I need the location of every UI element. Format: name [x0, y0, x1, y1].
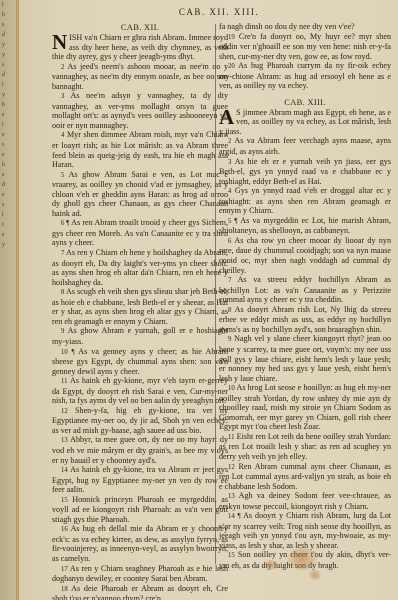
- prev-page-fragment: y: [0, 50, 16, 60]
- verse: 7 As va streeu eddyr bochillyn Abram as …: [219, 275, 391, 305]
- verse: 10 As hrog Lot seose e hooillyn: as hug …: [219, 383, 391, 432]
- verse: 13 Abbyr, ta mee guee ort, dy nee oo my …: [52, 435, 228, 465]
- verse-number: 14 ¶: [228, 513, 241, 520]
- verse-number: 9: [228, 336, 231, 343]
- verse-number: 9: [61, 328, 64, 335]
- verse-text: As va Abram feer verchagh ayns maase, ay…: [219, 136, 391, 156]
- verse: 15 Honnick princeyn Pharoah ee myrgeddin…: [52, 495, 228, 525]
- verse-text: As ren y Chiarn eh hene y hoilshaghey da…: [52, 248, 228, 287]
- prev-page-fragment: s: [0, 60, 16, 70]
- verse-text: Abbyr, ta mee guee ort, dy nee oo my hay…: [52, 435, 228, 464]
- verse: 18 As deie Pharoah er Abram as dooyrt eh…: [52, 584, 228, 600]
- prev-page-fragment: s: [0, 140, 16, 150]
- verse-text: Cre'n fa dooyrt oo, My huyr ee? myr shen…: [219, 32, 391, 61]
- prev-page-fragment: s: [0, 20, 16, 30]
- verse: 8 As dooyrt Abram rish Lot, Ny lhig da s…: [219, 305, 391, 335]
- verse-text: As hug Pharoah currym da ny fir-oik eche…: [219, 61, 391, 90]
- right-verses-xii: 19 Cre'n fa dooyrt oo, My huyr ee? myr s…: [219, 32, 391, 91]
- verse: 9 Nagh vel y slane cheer kiongoyrt rhyt?…: [219, 334, 391, 383]
- verse-text: As dooyrt Abram rish Lot, Ny lhig da str…: [219, 305, 391, 334]
- verse-text: As va myrgeddin ec Lot, hie marish Abram…: [219, 216, 391, 236]
- verse: 20 As hug Pharoah currym da ny fir-oik e…: [219, 61, 391, 91]
- verse-text: Gys yn ynnyd raad v'eh er droggal altar …: [219, 186, 391, 215]
- verse: 17 As ren y Chiarn seaghney Pharoah as e…: [52, 564, 228, 584]
- prev-page-fragment: h: [0, 160, 16, 170]
- prev-page-fragment: d: [0, 180, 16, 190]
- verse-text: As deie Pharoah er Abram as dooyrt eh, C…: [52, 584, 228, 600]
- verse-text: As dooyrt y Chiarn rish Abram, lurg da L…: [219, 511, 391, 550]
- verse-number: 5 ¶: [228, 218, 237, 225]
- verse-number: 8: [61, 289, 64, 296]
- verse-number: 2: [228, 138, 231, 145]
- verse-number: 11: [61, 378, 68, 385]
- verse: 11 As haink eh gy-kione, myr v'eh tayrn …: [52, 376, 228, 406]
- verse-number: 10: [228, 385, 235, 392]
- verse-text: As ren y Chiarn seaghney Pharoah as e hi…: [52, 564, 228, 584]
- verse: 6 As cha row yn cheer mooar dy liooar dy…: [219, 236, 391, 275]
- prev-page-fragment: t: [0, 120, 16, 130]
- verse-text: As ren Abram troailt trooid y cheer gys …: [52, 218, 228, 247]
- running-head: CAB. XII. XIII.: [159, 7, 279, 17]
- drop-cap: A: [219, 109, 234, 126]
- verse: 14 As haink eh gy-kione, tra va Abram er…: [52, 465, 228, 495]
- prev-page-fragment: y: [0, 90, 16, 100]
- verse-text: As ghow Abram Sarai e ven, as Lot mac e …: [52, 170, 228, 218]
- verse: AS jimmee Abram magh ass Egypt, eh hene,…: [219, 108, 391, 137]
- verse-text: As va streeu eddyr bochillyn Abram as bo…: [219, 275, 391, 304]
- verse-number: 6: [228, 238, 231, 245]
- left-column: CAB. XII. NISH va'n Chiarn er ghra rish …: [52, 22, 228, 600]
- verse: 12 Ren Abram cummal ayns cheer Chanaan, …: [219, 462, 391, 492]
- verse-number: 6 ¶: [61, 220, 69, 227]
- verse: NISH va'n Chiarn er ghra rish Abram. Imm…: [52, 33, 228, 62]
- prev-page-fragment: l: [0, 0, 16, 10]
- book-page: CAB. XII. XIII. CAB. XII. NISH va'n Chia…: [19, 0, 398, 600]
- verse: 19 Cre'n fa dooyrt oo, My huyr ee? myr s…: [219, 32, 391, 62]
- verse-number: 8: [228, 307, 231, 314]
- foxing-stain: [287, 548, 317, 570]
- prev-page-fragment: d: [0, 30, 16, 40]
- verse-number: 5: [61, 172, 64, 179]
- verse-number: 7: [228, 277, 231, 284]
- verse: 4 Myr shen dimmee Abram roish, myr va'n …: [52, 130, 228, 169]
- prev-page-fragment: e: [0, 150, 16, 160]
- verse: 10 ¶ As va genney ayns y cheer; as hie A…: [52, 347, 228, 377]
- verse-number: 10 ¶: [61, 349, 75, 356]
- verse-number: 4: [61, 132, 64, 139]
- prev-page-fragment: s: [0, 170, 16, 180]
- verse-number: 16: [61, 526, 68, 533]
- verse-text: Shen-y-fa, hig eh gy-kione, tra ver ny E…: [52, 406, 228, 435]
- verse-text: Myr shen dimmee Abram roish, myr va'n Ch…: [52, 130, 228, 169]
- verse-text: Agh va deiney Sodom feer vee-chrauee, as…: [219, 491, 391, 511]
- verse-text: Nagh vel y slane cheer kiongoyrt rhyt? j…: [219, 334, 391, 382]
- prev-page-fragment: h: [0, 10, 16, 20]
- verse-text: Eisht ren Lot reih da hene ooilley strah…: [219, 432, 391, 461]
- verse: 6 ¶ As ren Abram troailt trooid y cheer …: [52, 218, 228, 248]
- verse: 8 As scugh eh veih shen gys slieau shar …: [52, 287, 228, 326]
- verse: 7 As ren y Chiarn eh hene y hoilshaghey …: [52, 248, 228, 287]
- chapter-heading-xii: CAB. XII.: [52, 22, 228, 32]
- verse: 4 Gys yn ynnyd raad v'eh er droggal alta…: [219, 186, 391, 216]
- verse: 16 As hug eh dellal mie da Abram er y ch…: [52, 524, 228, 563]
- chapter-heading-xiii: CAB. XIII.: [219, 97, 391, 107]
- verse-text: As hug eh dellal mie da Abram er y choon…: [52, 524, 228, 563]
- verse-text: ISH va'n Chiarn er ghra rish Abram. Imme…: [52, 33, 228, 61]
- verse-number: 15: [228, 552, 235, 559]
- right-column: fa nagh dinsh oo dou dy nee dty ven v'ee…: [219, 22, 391, 571]
- verse: 2 As va Abram feer verchagh ayns maase, …: [219, 136, 391, 156]
- verse-text: As nee'm adsyn y vannaghey, ta dy dty va…: [52, 91, 228, 130]
- prev-page-fragment: b: [0, 100, 16, 110]
- right-verses-xiii: AS jimmee Abram magh ass Egypt, eh hene,…: [219, 108, 391, 571]
- verse-number: 3: [61, 93, 64, 100]
- verse-text: As hrog Lot seose e hooillyn: as hug eh …: [219, 383, 391, 431]
- prev-page-fragment: s: [0, 110, 16, 120]
- verse: 5 ¶ As va myrgeddin ec Lot, hie marish A…: [219, 216, 391, 236]
- prev-page-fragment: s: [0, 200, 16, 210]
- verse-number: 14: [61, 467, 68, 474]
- verse: 3 As nee'm adsyn y vannaghey, ta dy dty …: [52, 91, 228, 130]
- verse-text: As scugh eh veih shen gys slieau shar je…: [52, 287, 228, 326]
- drop-cap: N: [52, 34, 67, 51]
- verse: 13 Agh va deiney Sodom feer vee-chrauee,…: [219, 491, 391, 511]
- verse-number: 13: [228, 493, 235, 500]
- prev-page-fragment: t: [0, 220, 16, 230]
- verse: 2 As jeed's neem's ashoon mooar, as nee'…: [52, 62, 228, 92]
- verse-text: As haink eh gy-kione, myr v'eh tayrn er-…: [52, 376, 228, 405]
- previous-page-edge: lhsdyysdtybstesehsdesltsy: [0, 0, 16, 600]
- verse-number: 3: [228, 159, 231, 166]
- verse: 5 As ghow Abram Sarai e ven, as Lot mac …: [52, 170, 228, 219]
- verse-number: 7: [61, 250, 64, 257]
- verse-number: 13: [61, 437, 68, 444]
- verse: 9 As ghow Abram e yurnah, goll er e hosh…: [52, 326, 228, 346]
- verse-text: As jeed's neem's ashoon mooar, as nee'm …: [52, 62, 228, 91]
- prev-page-fragment: d: [0, 70, 16, 80]
- verse-number: 19: [228, 34, 235, 41]
- prev-page-fragment: y: [0, 40, 16, 50]
- verse: 11 Eisht ren Lot reih da hene ooilley st…: [219, 432, 391, 462]
- column-divider: [215, 24, 216, 564]
- prev-page-fragment: l: [0, 210, 16, 220]
- verse-text: As haink eh gy-kione, tra va Abram er je…: [52, 465, 228, 494]
- prev-page-fragment: e: [0, 130, 16, 140]
- verse: 12 Shen-y-fa, hig eh gy-kione, tra ver n…: [52, 406, 228, 436]
- verse-text: As cha row yn cheer mooar dy liooar dy n…: [219, 236, 391, 275]
- foxing-stain: [309, 570, 321, 580]
- verse-continuation: fa nagh dinsh oo dou dy nee dty ven v'ee…: [219, 22, 391, 32]
- foxing-stain: [264, 560, 278, 570]
- verse-number: 20: [228, 63, 235, 70]
- verse-number: 15: [61, 497, 68, 504]
- verse-text: Honnick princeyn Pharoah ee myrgeddin, a…: [52, 495, 228, 524]
- verse-text: As ghow Abram e yurnah, goll er e hoshia…: [52, 326, 228, 346]
- verse-number: 12: [61, 408, 68, 415]
- verse: 14 ¶ As dooyrt y Chiarn rish Abram, lurg…: [219, 511, 391, 550]
- verse-number: 11: [228, 434, 235, 441]
- left-verses: NISH va'n Chiarn er ghra rish Abram. Imm…: [52, 33, 228, 600]
- verse-text: Ren Abram cummal ayns cheer Chanaan, as …: [219, 462, 391, 491]
- verse-number: 17: [61, 566, 68, 573]
- verse-text: As hie eh er e yurnah veih yn jiass, eer…: [219, 157, 391, 186]
- prev-page-fragment: y: [0, 240, 16, 250]
- verse: 3 As hie eh er e yurnah veih yn jiass, e…: [219, 157, 391, 187]
- verse-number: 4: [228, 188, 231, 195]
- verse-text: As va genney ayns y cheer; as hie Abram …: [52, 347, 228, 376]
- prev-page-fragment: e: [0, 190, 16, 200]
- prev-page-fragment: t: [0, 80, 16, 90]
- verse-text: S jimmee Abram magh ass Egypt, eh hene, …: [219, 108, 391, 136]
- verse-number: 12: [228, 464, 235, 471]
- prev-page-fragment: s: [0, 230, 16, 240]
- verse-number: 18: [61, 586, 68, 593]
- verse-number: 2: [61, 64, 64, 71]
